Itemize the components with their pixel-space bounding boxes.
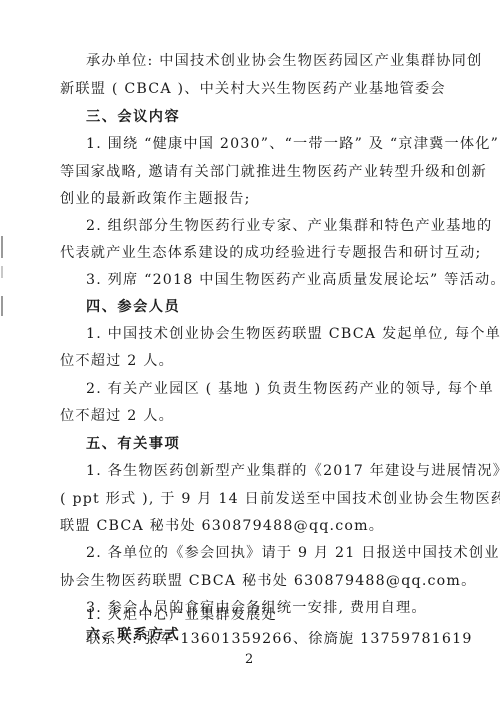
section-heading: 四、参会人员 [86, 298, 180, 316]
scan-edge-mark [1, 296, 3, 316]
paragraph-line: 2. 各单位的《参会回执》请于 9 月 21 日报送中国技术创业 [86, 544, 500, 562]
paragraph-line: 1. 各生物医药创新型产业集群的《2017 年建设与进展情况》 [86, 462, 500, 480]
scan-edge-mark [1, 236, 3, 258]
organizer-line: 新联盟 ( CBCA )、中关村大兴生物医药产业基地管委会 [60, 80, 446, 98]
paragraph-line: 1. 围绕 “健康中国 2030”、“一带一路” 及 “京津冀一体化” [86, 135, 499, 153]
paragraph-line: 协会生物医药联盟 CBCA 秘书处 630879488@qq.com。 [60, 572, 476, 590]
organizer-line: 承办单位: 中国技术创业协会生物医药园区产业集群协同创 [86, 52, 482, 70]
contact-line: 联系人: 张军 13601359266、徐旖旎 13759781619 [86, 630, 473, 648]
paragraph-line: 1. 火炬中心产业集群发展处 [86, 606, 277, 624]
paragraph-line: 2. 组织部分生物医药行业专家、产业集群和特色产业基地的 [86, 217, 492, 235]
paragraph-line: 1. 中国技术创业协会生物医药联盟 CBCA 发起单位, 每个单 [86, 325, 500, 343]
paragraph-line: 代表就产业生态体系建设的成功经验进行专题报告和研讨互动; [60, 244, 481, 262]
paragraph-line: 3. 列席 “2018 中国生物医药产业高质量发展论坛” 等活动。 [86, 271, 500, 289]
section-heading: 五、有关事项 [86, 435, 180, 453]
paragraph-line: ( ppt 形式 ), 于 9 月 14 日前发送至中国技术创业协会生物医药 [60, 490, 500, 508]
paragraph-line: 位不超过 2 人。 [60, 352, 174, 370]
page-number: 2 [245, 652, 253, 667]
scan-edge-mark [1, 266, 3, 278]
paragraph-line: 创业的最新政策作主题报告; [60, 190, 251, 208]
document-page: 承办单位: 中国技术创业协会生物医药园区产业集群协同创 新联盟 ( CBCA )… [0, 0, 500, 706]
paragraph-line: 等国家战略, 邀请有关部门就推进生物医药产业转型升级和创新 [60, 163, 487, 181]
paragraph-line: 位不超过 2 人。 [60, 407, 174, 425]
section-heading: 三、会议内容 [86, 108, 180, 126]
paragraph-line: 联盟 CBCA 秘书处 630879488@qq.com。 [60, 517, 384, 535]
paragraph-line: 2. 有关产业园区 ( 基地 ) 负责生物医药产业的领导, 每个单 [86, 380, 494, 398]
